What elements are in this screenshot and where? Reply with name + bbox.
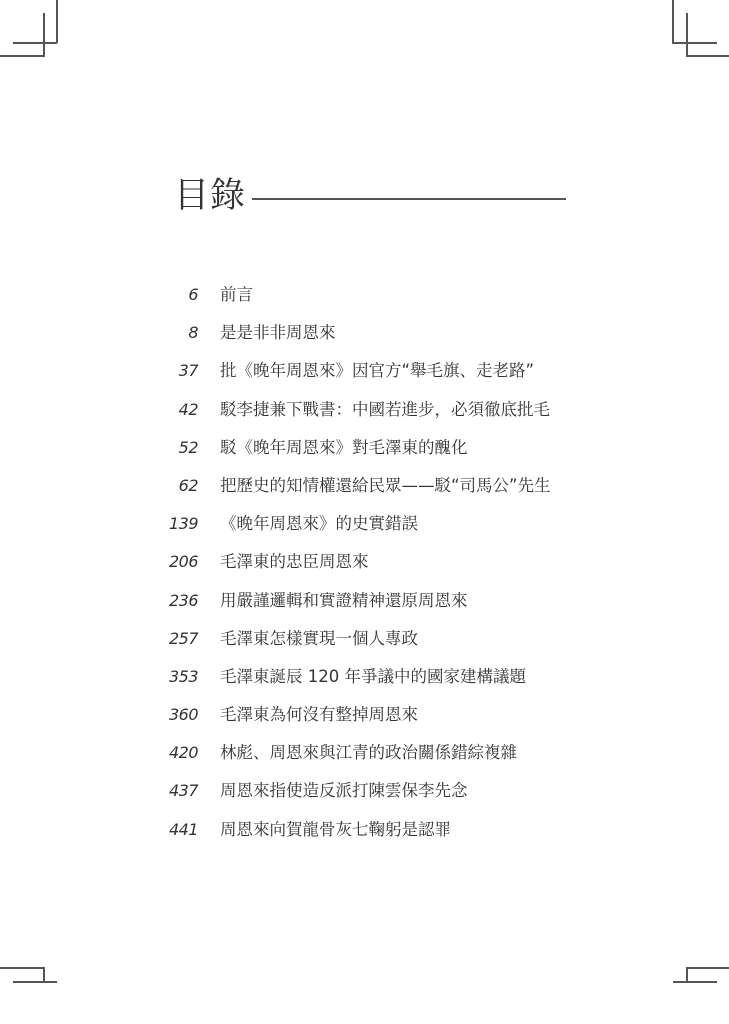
toc-page-number: 353 [160, 662, 198, 692]
toc-entry[interactable]: 6前言 [160, 280, 620, 318]
crop-mark-line [686, 967, 688, 982]
crop-mark-line [13, 42, 57, 44]
toc-page-number: 206 [160, 547, 198, 577]
toc-entry-title: 林彪、周恩來與江青的政治關係錯綜複雜 [220, 738, 517, 768]
toc-page-number: 62 [160, 471, 198, 501]
toc-page-number: 437 [160, 776, 198, 806]
toc-page-number: 139 [160, 509, 198, 539]
toc-page-number: 420 [160, 738, 198, 768]
crop-mark-line [686, 55, 729, 57]
crop-mark-line [673, 981, 717, 983]
toc-entry[interactable]: 257毛澤東怎樣實現一個人專政 [160, 624, 620, 662]
toc-entry[interactable]: 37批《晚年周恩來》因官方“舉毛旗、走老路” [160, 356, 620, 394]
toc-entry-title: 批《晚年周恩來》因官方“舉毛旗、走老路” [220, 356, 534, 386]
page-title: 目錄 [174, 172, 246, 220]
table-of-contents: 6前言 8是是非非周恩來 37批《晚年周恩來》因官方“舉毛旗、走老路” 42駁李… [160, 280, 620, 853]
toc-entry[interactable]: 236用嚴謹邏輯和實證精神還原周恩來 [160, 586, 620, 624]
toc-entry-title: 是是非非周恩來 [220, 318, 336, 348]
crop-mark-line [56, 0, 58, 43]
toc-entry[interactable]: 206毛澤東的忠臣周恩來 [160, 547, 620, 585]
toc-entry[interactable]: 360毛澤東為何沒有整掉周恩來 [160, 700, 620, 738]
toc-entry[interactable]: 441周恩來向賀龍骨灰七鞠躬是認罪 [160, 815, 620, 853]
toc-entry-title: 毛澤東怎樣實現一個人專政 [220, 624, 418, 654]
toc-page-number: 360 [160, 700, 198, 730]
toc-page-number: 42 [160, 395, 198, 425]
toc-entry[interactable]: 353毛澤東誕辰 120 年爭議中的國家建構議題 [160, 662, 620, 700]
toc-entry-title: 周恩來指使造反派打陳雲保李先念 [220, 776, 468, 806]
toc-entry-title: 毛澤東為何沒有整掉周恩來 [220, 700, 418, 730]
toc-entry[interactable]: 42駁李捷兼下戰書：中國若進步，必須徹底批毛 [160, 395, 620, 433]
toc-entry-title: 《晚年周恩來》的史實錯誤 [220, 509, 418, 539]
crop-mark-line [0, 55, 44, 57]
toc-entry[interactable]: 52駁《晚年周恩來》對毛澤東的醜化 [160, 433, 620, 471]
toc-entry-title: 駁《晚年周恩來》對毛澤東的醜化 [220, 433, 468, 463]
crop-mark-line [686, 967, 729, 969]
toc-page-number: 6 [160, 280, 198, 310]
toc-entry[interactable]: 420林彪、周恩來與江青的政治關係錯綜複雜 [160, 738, 620, 776]
toc-page-number: 257 [160, 624, 198, 654]
toc-entry[interactable]: 139《晚年周恩來》的史實錯誤 [160, 509, 620, 547]
crop-mark-line [686, 13, 688, 57]
crop-mark-line [0, 967, 44, 969]
toc-entry-title: 毛澤東的忠臣周恩來 [220, 547, 369, 577]
toc-entry-title: 把歷史的知情權還給民眾——駁“司馬公”先生 [220, 471, 551, 501]
toc-entry[interactable]: 8是是非非周恩來 [160, 318, 620, 356]
toc-entry-title: 駁李捷兼下戰書：中國若進步，必須徹底批毛 [220, 395, 550, 425]
toc-page-number: 236 [160, 586, 198, 616]
toc-entry[interactable]: 437周恩來指使造反派打陳雲保李先念 [160, 776, 620, 814]
crop-mark-line [672, 0, 674, 43]
toc-page-number: 52 [160, 433, 198, 463]
toc-page-number: 441 [160, 815, 198, 845]
toc-entry-title: 周恩來向賀龍骨灰七鞠躬是認罪 [220, 815, 451, 845]
title-rule [252, 198, 566, 200]
crop-mark-line [13, 981, 57, 983]
toc-header: 目錄 [174, 172, 574, 222]
toc-page-number: 37 [160, 356, 198, 386]
crop-mark-line [43, 967, 45, 982]
toc-page-number: 8 [160, 318, 198, 348]
toc-entry-title: 毛澤東誕辰 120 年爭議中的國家建構議題 [220, 662, 526, 692]
crop-mark-line [43, 13, 45, 57]
toc-entry[interactable]: 62把歷史的知情權還給民眾——駁“司馬公”先生 [160, 471, 620, 509]
crop-mark-line [672, 42, 717, 44]
toc-entry-title: 用嚴謹邏輯和實證精神還原周恩來 [220, 586, 468, 616]
toc-entry-title: 前言 [220, 280, 253, 310]
